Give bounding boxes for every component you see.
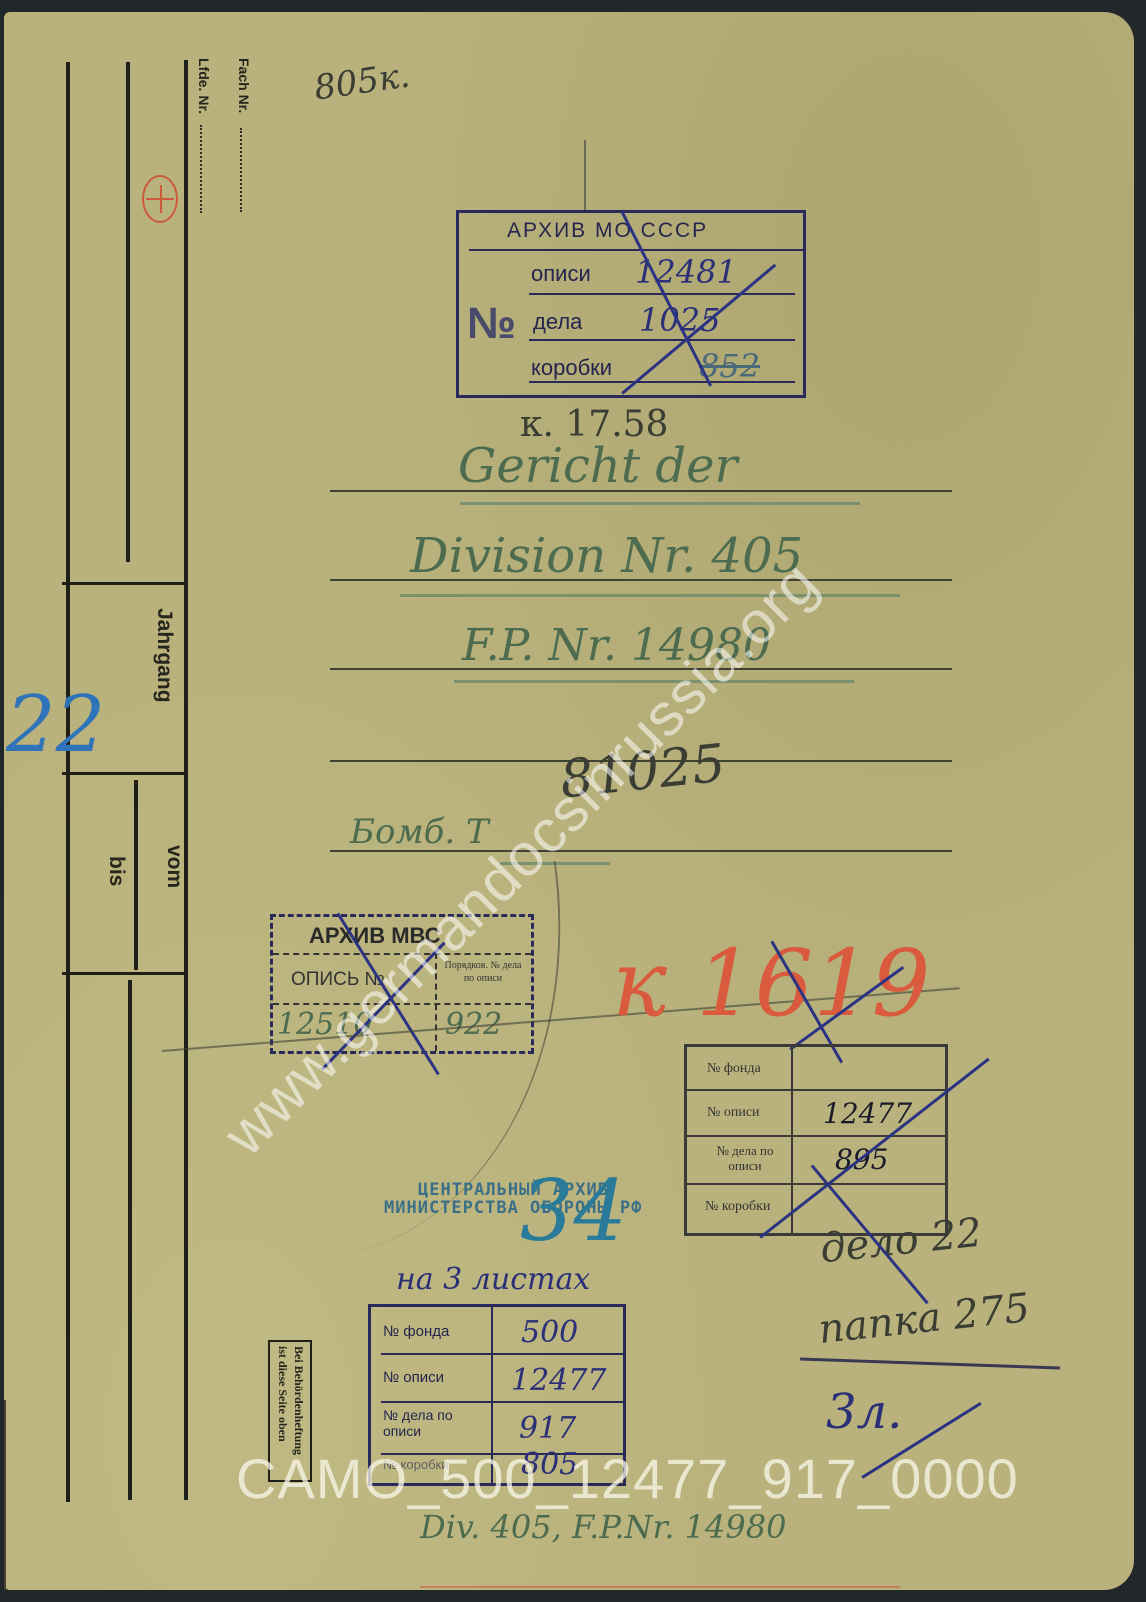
jahrgang-label: Jahrgang <box>152 608 176 703</box>
fond-right-label-4: № коробки <box>705 1199 770 1215</box>
stamp-title: АРХИВ МО СССР <box>507 219 708 243</box>
fond-bottom-label-3: № дела по описи <box>383 1407 483 1439</box>
jahrgang-top-rule <box>62 582 188 585</box>
stamp-label-opisi: описи <box>531 261 591 287</box>
stamp-rule-2 <box>529 339 795 341</box>
fond-right-rule-1 <box>687 1089 945 1091</box>
pencil-tick <box>584 140 586 210</box>
stamp-archive-mo-ussr: АРХИВ МО СССР № описи дела коробки 12481… <box>456 210 806 398</box>
stamp-label-korobki: коробки <box>531 355 612 381</box>
margin-line-2 <box>126 62 130 562</box>
vom-label: vom <box>162 845 186 888</box>
margin-line-2c <box>128 980 132 1500</box>
sheets-note: на 3 листах <box>396 1262 590 1297</box>
bis-label: bis <box>104 856 128 886</box>
fond-bottom-value-2: 12477 <box>511 1363 606 1398</box>
fond-right-rule-2 <box>687 1135 945 1137</box>
red-cross-mark-v <box>160 185 162 213</box>
binding-note-line2: ist diese Seite oben <box>275 1346 290 1442</box>
stamp-label-dela: дела <box>533 309 582 335</box>
lfde-nr-dots <box>200 125 202 213</box>
fond-right-divider <box>791 1047 793 1233</box>
fach-nr-dots <box>240 128 242 212</box>
binding-note-line1: Bei Behördenheftung <box>291 1346 306 1455</box>
watermark-bottom: CAMO_500_12477_917_0000 <box>236 1446 1019 1511</box>
blue-pencil-34: 34 <box>520 1162 627 1260</box>
left-edge-line <box>4 1400 6 1590</box>
fond-right-rule-3 <box>687 1183 945 1185</box>
bottom-note: Div. 405, F.P.Nr. 14980 <box>420 1508 786 1546</box>
margin-line-1 <box>66 62 70 1502</box>
title-line-5: Бомб. Т <box>350 812 489 852</box>
fond-right-label-2: № описи <box>707 1105 760 1121</box>
bottom-red-underline <box>420 1586 900 1588</box>
fond-bottom-rule-2 <box>381 1401 623 1403</box>
title-underline-1 <box>460 502 860 505</box>
fond-bottom-value-1: 500 <box>521 1315 578 1350</box>
fach-nr-label: Fach Nr. <box>236 58 252 113</box>
blue-pencil-number-22: 22 <box>6 680 105 770</box>
title-line-1: Gericht der <box>458 438 737 494</box>
margin-line-3 <box>184 60 188 1500</box>
lfde-nr-label: Lfde. Nr. <box>196 58 212 114</box>
stamp-rule <box>469 249 803 251</box>
fond-bottom-value-3: 917 <box>519 1411 576 1446</box>
note-sheets: 3л. <box>826 1384 902 1440</box>
title-line-2: Division Nr. 405 <box>410 528 803 584</box>
value-opisi: 12481 <box>635 253 737 291</box>
fond-right-value-2: 12477 <box>823 1097 912 1130</box>
fond-right-label-1: № фонда <box>707 1061 761 1077</box>
fond-right-label-3: № дела по описи <box>705 1143 785 1173</box>
fond-bottom-label-2: № описи <box>383 1369 444 1386</box>
stamp-no-sign: № <box>467 299 516 349</box>
vom-bis-bottom-rule <box>62 972 188 975</box>
jahrgang-bottom-rule <box>62 772 188 775</box>
fond-bottom-label-1: № фонда <box>383 1323 449 1340</box>
stamp-fond-right: № фонда № описи № дела по описи № коробк… <box>684 1044 948 1236</box>
margin-line-2b <box>134 780 138 970</box>
fond-bottom-rule-1 <box>381 1353 623 1355</box>
